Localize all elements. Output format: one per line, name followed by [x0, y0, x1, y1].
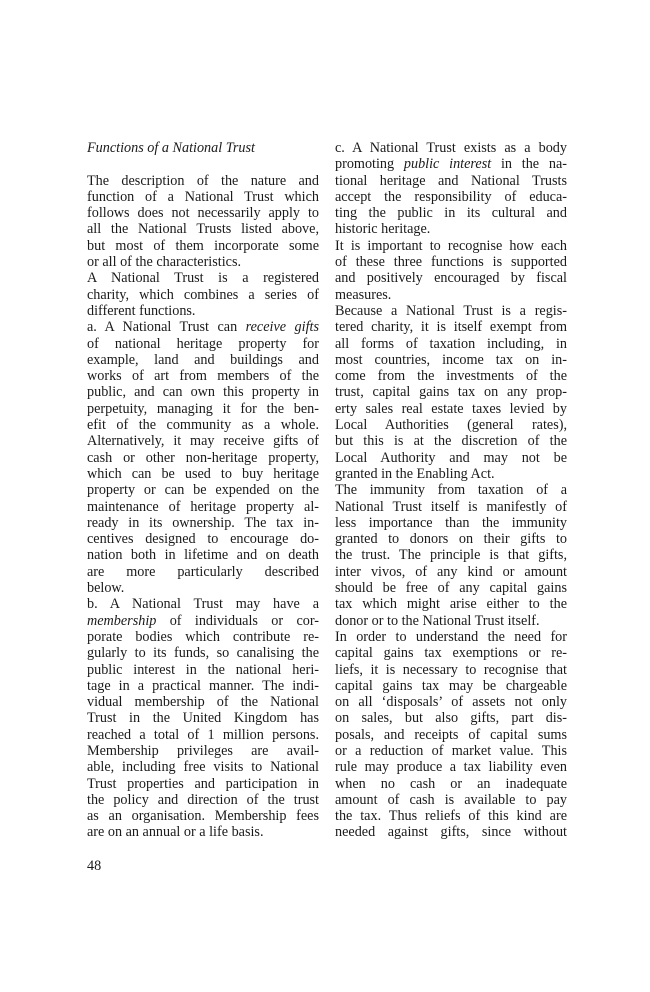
text-line: gularly to its funds, so canalising the — [87, 645, 319, 661]
emphasis: public interest — [404, 156, 491, 172]
text-line: below. — [87, 580, 319, 596]
text-line: needed against gifts, since without — [335, 824, 567, 840]
text-line: liefs, it is necessary to recognise that — [335, 662, 567, 678]
text-line: porate bodies which contribute re- — [87, 629, 319, 645]
text-line: Membership privileges are avail- — [87, 743, 319, 759]
text-line: The immunity from taxation of a — [335, 482, 567, 498]
text-line: property or can be expended on the — [87, 482, 319, 498]
text-line: donor or to the National Trust itself. — [335, 613, 567, 629]
text-line: ready in its ownership. The tax in- — [87, 515, 319, 531]
text-line: b. A National Trust may have a — [87, 596, 319, 612]
text-line: perpetuity, managing it for the ben- — [87, 401, 319, 417]
text-line: of these three functions is supported — [335, 254, 567, 270]
text-line: Local Authority and may not be — [335, 450, 567, 466]
text-line: able, including free visits to National — [87, 759, 319, 775]
emphasis: receive gifts — [246, 319, 319, 335]
text-line: Because a National Trust is a regis- — [335, 303, 567, 319]
text-line: tax which might arise either to the — [335, 596, 567, 612]
text-line: granted to donors on their gifts to — [335, 531, 567, 547]
text-line: Trust properties and participation in — [87, 776, 319, 792]
text-line: granted in the Enabling Act. — [335, 466, 567, 482]
spacer — [87, 156, 319, 172]
text-line: capital gains tax exemptions or re- — [335, 645, 567, 661]
text-line: measures. — [335, 287, 567, 303]
text-line: cash or other non-heritage property, — [87, 450, 319, 466]
text-line: but most of them incorporate some — [87, 238, 319, 254]
text-line: inter vivos, of any kind or amount — [335, 564, 567, 580]
text-line: trust, capital gains tax on any prop- — [335, 384, 567, 400]
page-number: 48 — [87, 858, 101, 875]
text-line: example, land and buildings and — [87, 352, 319, 368]
text-line: historic heritage. — [335, 221, 567, 237]
text-line: nation both in lifetime and on death — [87, 547, 319, 563]
text-line: of national heritage property for — [87, 336, 319, 352]
text-line: ting the public in its cultural and — [335, 205, 567, 221]
text-line: In order to understand the need for — [335, 629, 567, 645]
left-column: Functions of a National Trust The descri… — [87, 140, 319, 841]
text-line: rule may produce a tax liability even — [335, 759, 567, 775]
section-heading: Functions of a National Trust — [87, 140, 319, 156]
text-line: function of a National Trust which — [87, 189, 319, 205]
text-line: It is important to recognise how each — [335, 238, 567, 254]
right-column-body: c. A National Trust exists as a bodyprom… — [335, 140, 567, 841]
text-line: follows does not necessarily apply to — [87, 205, 319, 221]
text-line: The description of the nature and — [87, 173, 319, 189]
text-line: less importance than the immunity — [335, 515, 567, 531]
text-line: posals, and receipts of capital sums — [335, 727, 567, 743]
text-line: should be free of any capital gains — [335, 580, 567, 596]
text-line: centives designed to encourage do- — [87, 531, 319, 547]
text-line: erty sales real estate taxes levied by — [335, 401, 567, 417]
text-line: works of art from members of the — [87, 368, 319, 384]
text-line: and positively encouraged by fiscal — [335, 270, 567, 286]
text-line: all forms of taxation including, in — [335, 336, 567, 352]
text-line: c. A National Trust exists as a body — [335, 140, 567, 156]
text-line: tional heritage and National Trusts — [335, 173, 567, 189]
text-line: most countries, income tax on in- — [335, 352, 567, 368]
text-line: or a reduction of market value. This — [335, 743, 567, 759]
text-line: when no cash or an inadequate — [335, 776, 567, 792]
right-column: c. A National Trust exists as a bodyprom… — [335, 140, 567, 841]
text-line: are more particularly described — [87, 564, 319, 580]
text-line: come from the investments of the — [335, 368, 567, 384]
text-line: amount of cash is available to pay — [335, 792, 567, 808]
text-line: charity, which combines a series of — [87, 287, 319, 303]
text-line: public interest in the national heri- — [87, 662, 319, 678]
text-line: vidual membership of the National — [87, 694, 319, 710]
text-line: but this is at the discretion of the — [335, 433, 567, 449]
text-line: as an organisation. Membership fees — [87, 808, 319, 824]
text-line: reached a total of 1 million persons. — [87, 727, 319, 743]
text-line: Trust in the United Kingdom has — [87, 710, 319, 726]
text-line: tered charity, it is itself exempt from — [335, 319, 567, 335]
text-line: the trust. The principle is that gifts, — [335, 547, 567, 563]
text-line: public, and can own this property in — [87, 384, 319, 400]
text-line: the tax. Thus reliefs of this kind are — [335, 808, 567, 824]
text-line: accept the responsibility of educa- — [335, 189, 567, 205]
text-line: all the National Trusts listed above, — [87, 221, 319, 237]
text-line: are on an annual or a life basis. — [87, 824, 319, 840]
text-line: on all ‘disposals’ of assets not only — [335, 694, 567, 710]
text-line: A National Trust is a registered — [87, 270, 319, 286]
text-line: different functions. — [87, 303, 319, 319]
text-line: tage in a practical manner. The indi- — [87, 678, 319, 694]
text-line: efit of the community as a whole. — [87, 417, 319, 433]
text-line: membership of individuals or cor- — [87, 613, 319, 629]
text-line: maintenance of heritage property al- — [87, 499, 319, 515]
text-line: a. A National Trust can receive gifts — [87, 319, 319, 335]
text-line: the policy and direction of the trust — [87, 792, 319, 808]
text-line: or all of the characteristics. — [87, 254, 319, 270]
text-line: on sales, but also gifts, part dis- — [335, 710, 567, 726]
left-column-body: The description of the nature andfunctio… — [87, 173, 319, 841]
text-line: which can be used to buy heritage — [87, 466, 319, 482]
text-line: capital gains tax may be chargeable — [335, 678, 567, 694]
text-line: promoting public interest in the na- — [335, 156, 567, 172]
emphasis: membership — [87, 613, 156, 629]
text-line: Local Authorities (general rates), — [335, 417, 567, 433]
text-line: Alternatively, it may receive gifts of — [87, 433, 319, 449]
text-line: National Trust itself is manifestly of — [335, 499, 567, 515]
